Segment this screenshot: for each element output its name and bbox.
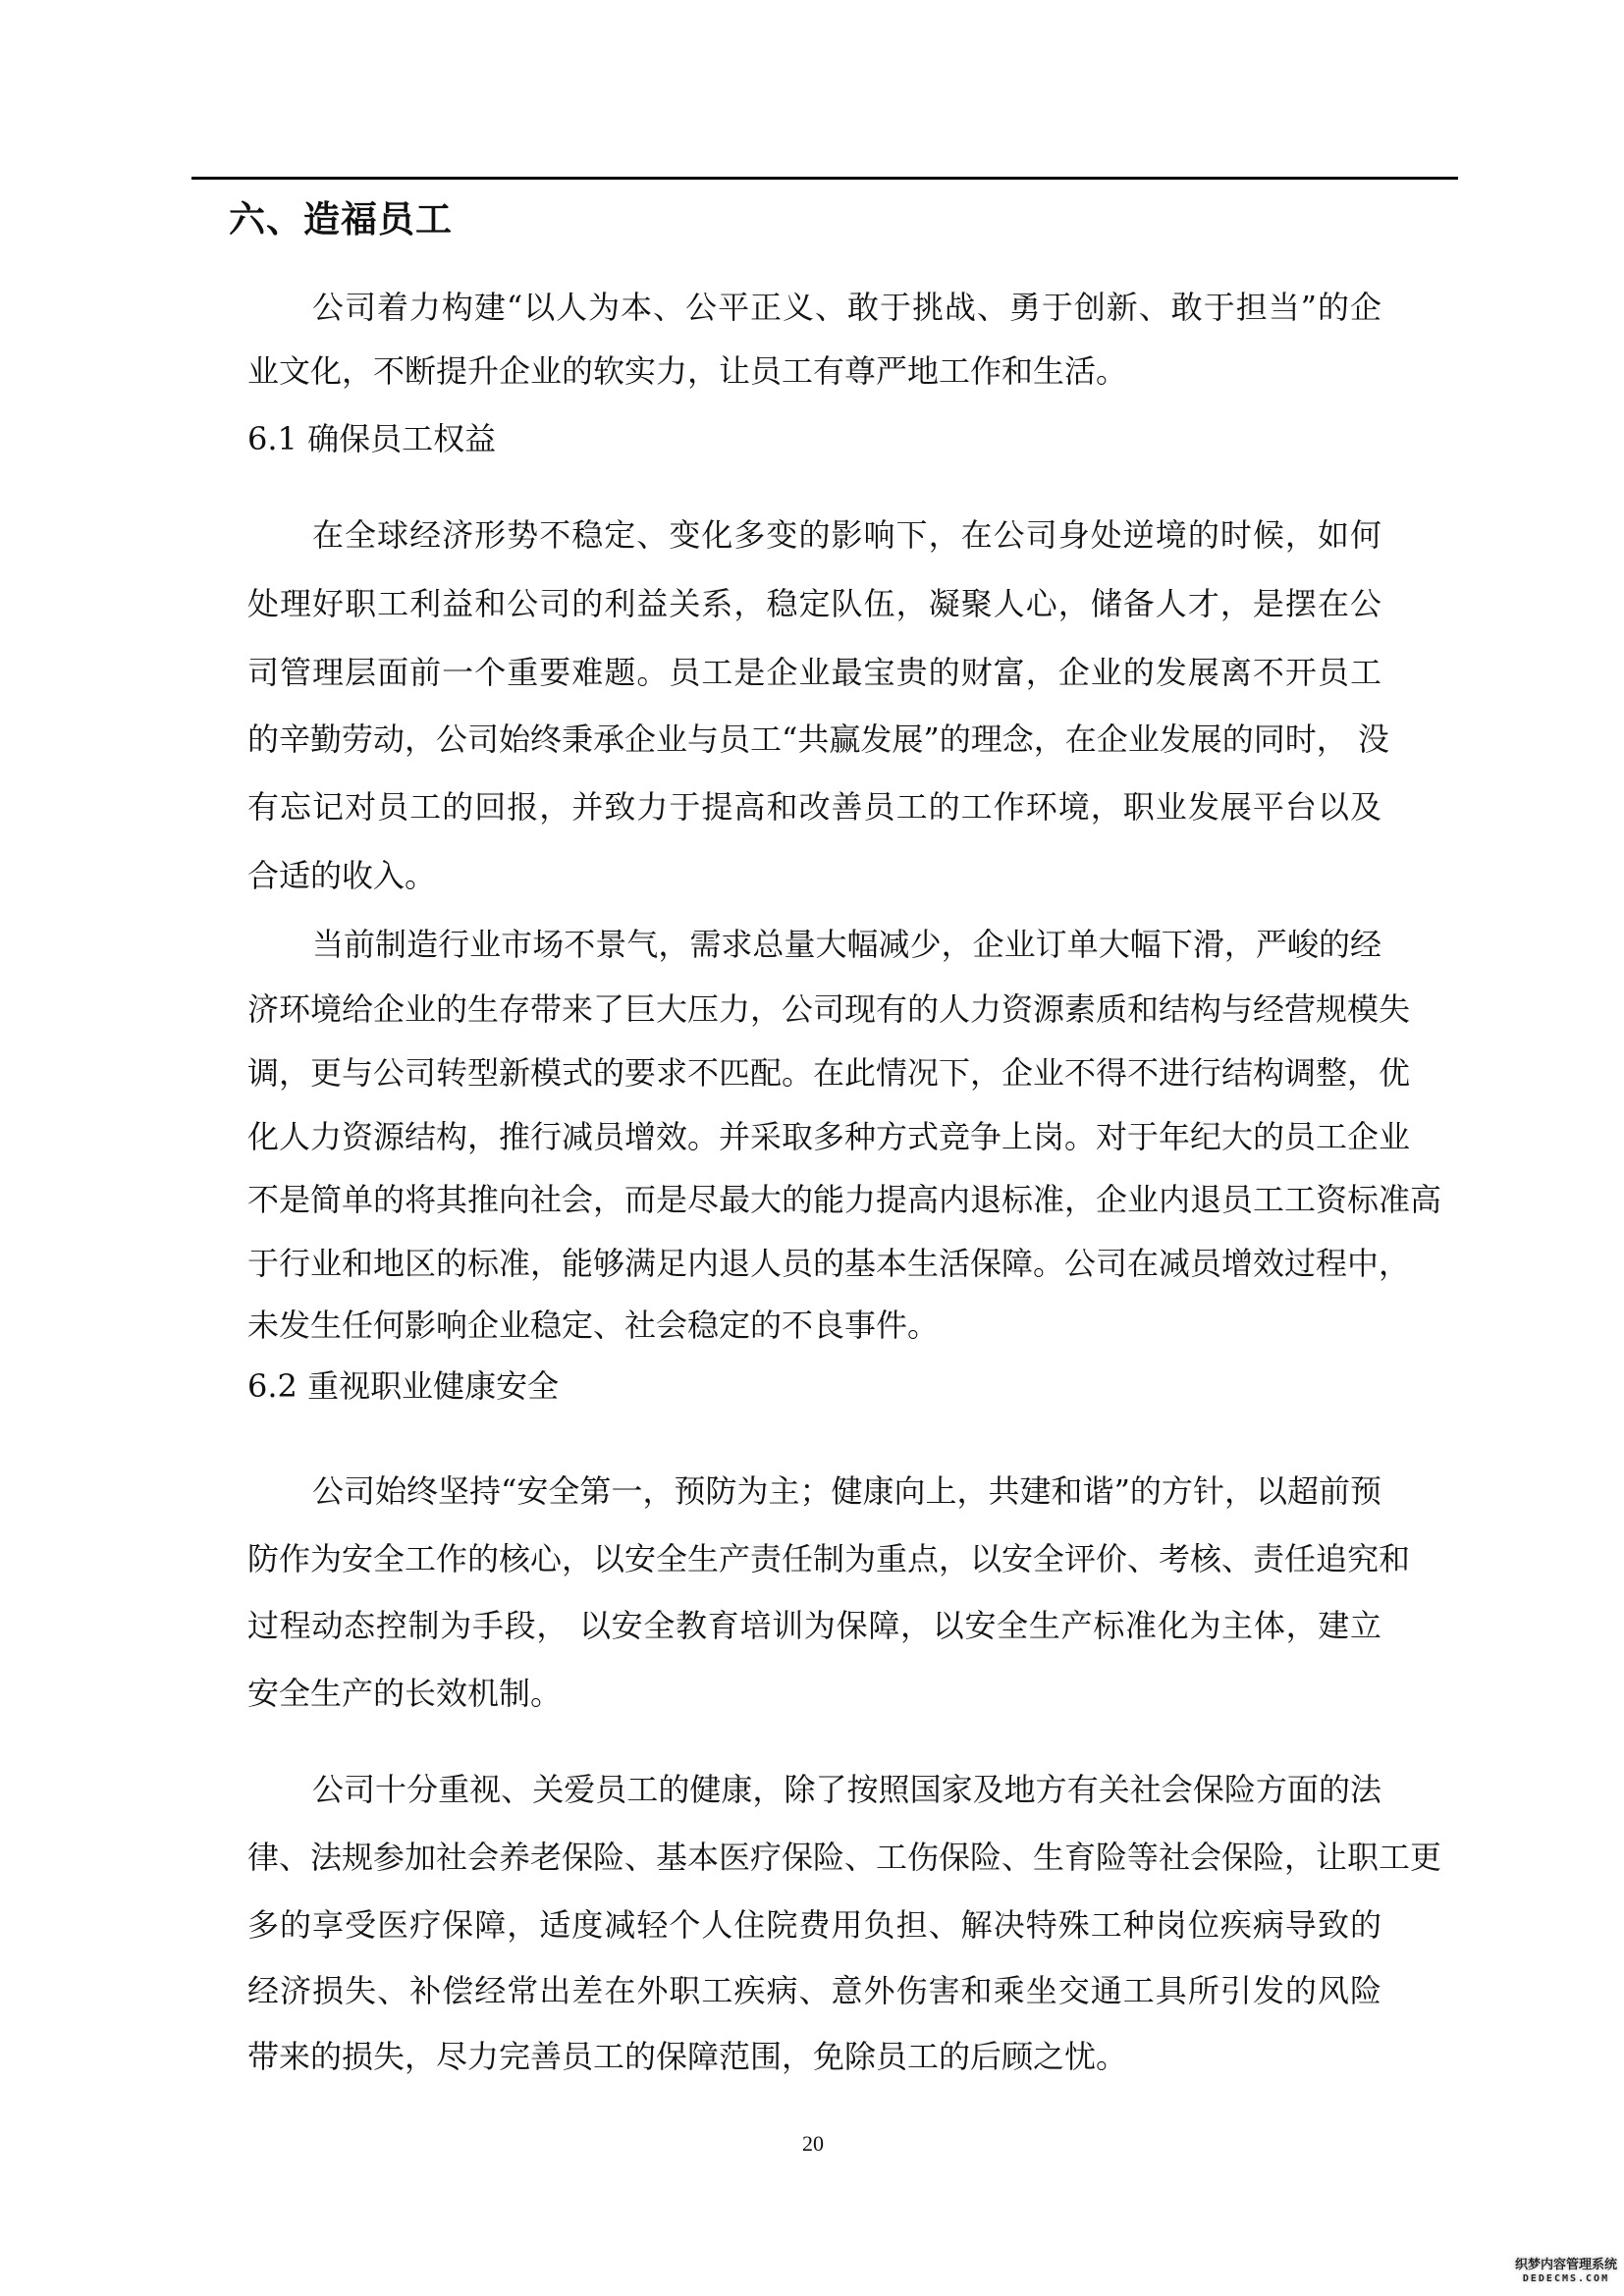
watermark-line-2: DEDECMS.COM bbox=[1512, 2272, 1620, 2285]
paragraph-line: 多的享受医疗保障，适度减轻个人住院费用负担、解决特殊工种岗位疾病导致的 bbox=[247, 1905, 1381, 1945]
paragraph-line: 处理好职工利益和公司的利益关系，稳定队伍，凝聚人心，储备人才，是摆在公 bbox=[247, 584, 1381, 623]
paragraph-line: 未发生任何影响企业稳定、社会稳定的不良事件。 bbox=[247, 1306, 1381, 1345]
paragraph-line: 经济损失、补偿经常出差在外职工疾病、意外伤害和乘坐交通工具所引发的风险 bbox=[247, 1971, 1381, 2010]
paragraph-line: 调，更与公司转型新模式的要求不匹配。在此情况下，企业不得不进行结构调整，优 bbox=[247, 1053, 1381, 1093]
paragraph-line: 公司始终坚持“安全第一，预防为主；健康向上，共建和谐”的方针，以超前预 bbox=[312, 1471, 1381, 1511]
page-number: 20 bbox=[785, 2130, 840, 2158]
paragraph-line: 不是简单的将其推向社会，而是尽最大的能力提高内退标准，企业内退员工工资标准高 bbox=[247, 1180, 1381, 1219]
document-page: 六、造福员工 公司着力构建“以人为本、公平正义、敢于挑战、勇于创新、敢于担当”的… bbox=[0, 0, 1624, 2296]
header-rule bbox=[191, 177, 1458, 180]
paragraph-line: 化人力资源结构，推行减员增效。并采取多种方式竞争上岗。对于年纪大的员工企业 bbox=[247, 1117, 1381, 1156]
paragraph-line: 济环境给企业的生存带来了巨大压力，公司现有的人力资源素质和结构与经营规模失 bbox=[247, 989, 1381, 1029]
section-title: 六、造福员工 bbox=[229, 198, 453, 241]
paragraph-line: 律、法规参加社会养老保险、基本医疗保险、工伤保险、生育险等社会保险，让职工更 bbox=[247, 1838, 1381, 1877]
paragraph-line: 合适的收入。 bbox=[247, 856, 1381, 895]
paragraph-line: 的辛勤劳动，公司始终秉承企业与员工“共赢发展”的理念，在企业发展的同时， 没 bbox=[247, 720, 1381, 759]
paragraph-line: 带来的损失，尽力完善员工的保障范围，免除员工的后顾之忧。 bbox=[247, 2037, 1381, 2076]
watermark-line-1: 织梦内容管理系统 bbox=[1512, 2258, 1620, 2272]
subsection-title-6-2: 6.2 重视职业健康安全 bbox=[247, 1366, 559, 1406]
paragraph-line: 过程动态控制为手段， 以安全教育培训为保障，以安全生产标准化为主体，建立 bbox=[247, 1606, 1381, 1645]
paragraph-line: 有忘记对员工的回报，并致力于提高和改善员工的工作环境，职业发展平台以及 bbox=[247, 787, 1381, 827]
intro-line: 公司着力构建“以人为本、公平正义、敢于挑战、勇于创新、敢于担当”的企 bbox=[312, 288, 1381, 327]
paragraph-line: 防作为安全工作的核心，以安全生产责任制为重点，以安全评价、考核、责任追究和 bbox=[247, 1539, 1381, 1578]
paragraph-line: 司管理层面前一个重要难题。员工是企业最宝贵的财富，企业的发展离不开员工 bbox=[247, 653, 1381, 692]
paragraph-line: 安全生产的长效机制。 bbox=[247, 1674, 1381, 1713]
paragraph-line: 于行业和地区的标准，能够满足内退人员的基本生活保障。公司在减员增效过程中， bbox=[247, 1244, 1381, 1283]
paragraph-line: 在全球经济形势不稳定、变化多变的影响下，在公司身处逆境的时候，如何 bbox=[312, 515, 1381, 555]
paragraph-line: 公司十分重视、关爱员工的健康，除了按照国家及地方有关社会保险方面的法 bbox=[312, 1770, 1381, 1809]
paragraph-line: 当前制造行业市场不景气，需求总量大幅减少，企业订单大幅下滑，严峻的经 bbox=[312, 925, 1381, 964]
watermark: 织梦内容管理系统 DEDECMS.COM bbox=[1512, 2258, 1620, 2285]
subsection-title-6-1: 6.1 确保员工权益 bbox=[247, 419, 496, 458]
intro-line: 业文化，不断提升企业的软实力，让员工有尊严地工作和生活。 bbox=[247, 351, 1381, 391]
